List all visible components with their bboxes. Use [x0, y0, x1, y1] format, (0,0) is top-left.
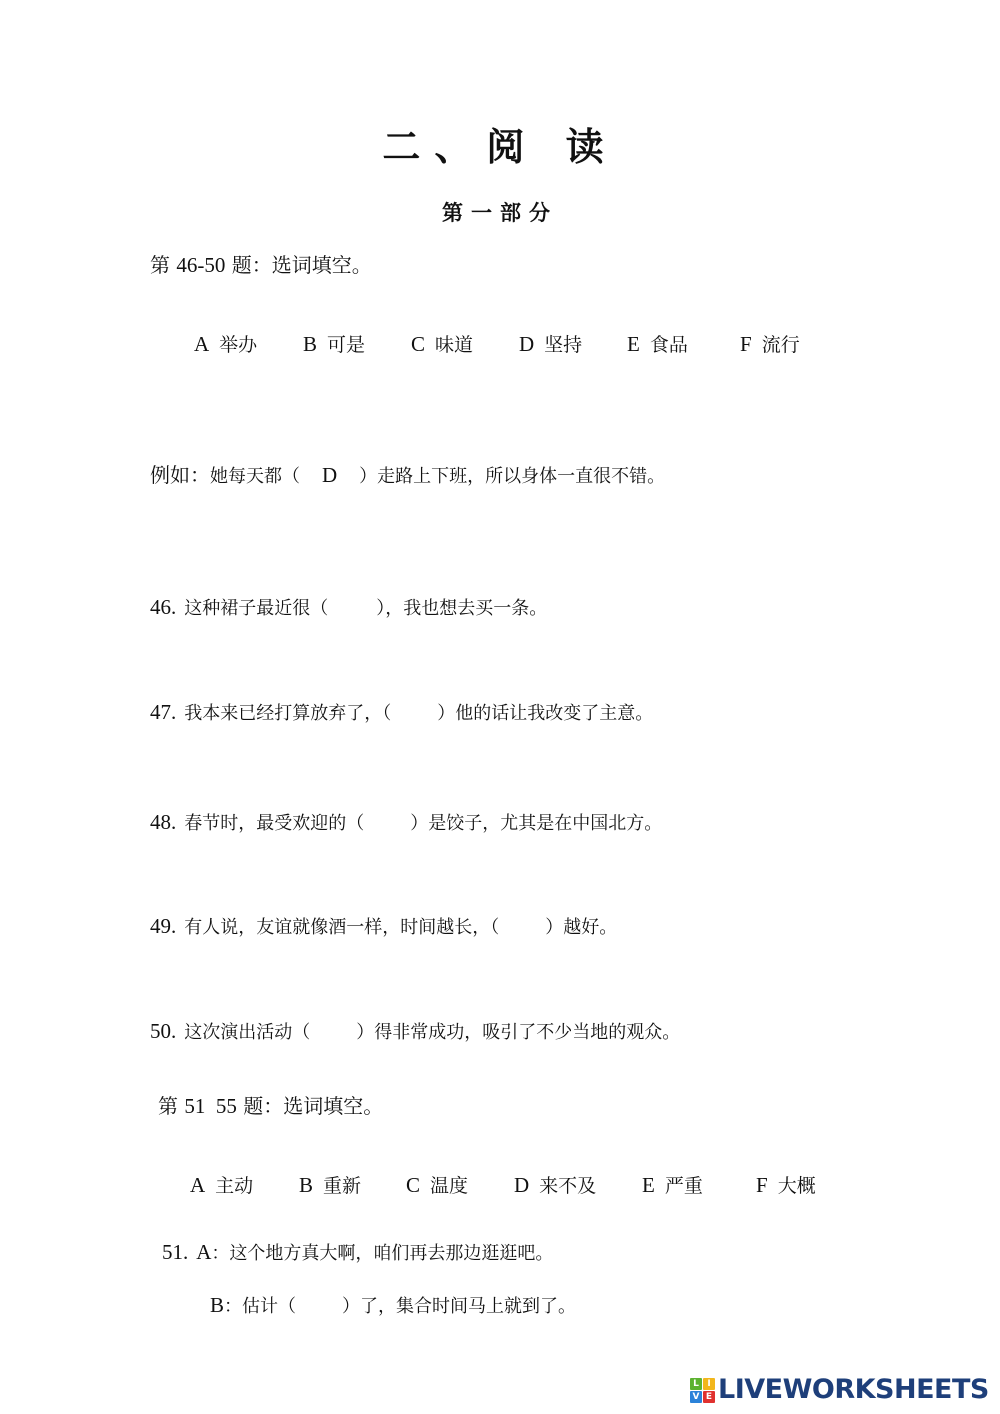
dialogue-text-before: 估计（ [242, 1296, 296, 1317]
question-47: 47.我本来已经打算放弃了，（）他的话让我改变了主意。 [150, 697, 653, 729]
word-option-e: E食品 [627, 329, 688, 360]
logo-icon: L I V E [690, 1378, 715, 1403]
logo-cell-l: L [690, 1378, 702, 1390]
option-word: 来不及 [539, 1175, 596, 1197]
question-text-before: 这种裙子最近很（ [184, 598, 328, 619]
instruction-prefix: 第 [158, 1094, 178, 1118]
question-46: 46.这种裙子最近很（），我也想去买一条。 [150, 592, 547, 624]
option-letter: D [514, 1173, 529, 1197]
word-option-c: C温度 [406, 1170, 468, 1201]
section-subtitle: 第一部分 [0, 198, 1000, 228]
speaker-a: A [196, 1240, 211, 1264]
option-letter: E [627, 332, 640, 356]
section1-instruction: 第 46-50 题：选词填空。 [150, 250, 372, 280]
example-answer: D [300, 460, 359, 490]
logo-cell-i: I [703, 1378, 715, 1390]
question-number: 47. [150, 700, 176, 724]
dialogue-text: 这个地方真大啊，咱们再去那边逛逛吧。 [229, 1243, 553, 1264]
question-51-line-b: B：估计（）了，集合时间马上就到了。 [210, 1290, 576, 1322]
option-letter: E [642, 1173, 655, 1197]
example-after: ）走路上下班，所以身体一直很不错。 [359, 466, 665, 487]
option-word: 味道 [435, 334, 473, 356]
example-before: 她每天都（ [210, 466, 300, 487]
question-text-after: ），我也想去买一条。 [376, 598, 547, 619]
question-text-after: ）得非常成功，吸引了不少当地的观众。 [356, 1022, 680, 1043]
question-51-line-a: 51.A：这个地方真大啊，咱们再去那边逛逛吧。 [162, 1237, 553, 1269]
option-letter: F [740, 332, 752, 356]
option-letter: B [303, 332, 317, 356]
question-text-after: ）越好。 [545, 917, 617, 938]
question-text-before: 这次演出活动（ [184, 1022, 310, 1043]
option-word: 坚持 [544, 334, 582, 356]
speaker-b: B [210, 1293, 224, 1317]
logo-cell-v: V [690, 1391, 702, 1403]
logo-text: LIVEWORKSHEETS [718, 1374, 989, 1406]
question-text-before: 我本来已经打算放弃了，（ [184, 703, 391, 724]
option-word: 温度 [430, 1175, 468, 1197]
dialogue-text-after: ）了，集合时间马上就到了。 [342, 1296, 576, 1317]
option-letter: B [299, 1173, 313, 1197]
word-option-f: F流行 [740, 329, 800, 360]
question-number: 48. [150, 810, 176, 834]
option-letter: F [756, 1173, 768, 1197]
option-word: 严重 [665, 1175, 703, 1197]
instruction-range: 46-50 [176, 253, 225, 277]
option-word: 举办 [219, 334, 257, 356]
option-letter: D [519, 332, 534, 356]
option-word: 重新 [323, 1175, 361, 1197]
word-option-e: E严重 [642, 1170, 703, 1201]
question-text-before: 有人说，友谊就像酒一样，时间越长，（ [184, 917, 499, 938]
liveworksheets-logo: L I V E LIVEWORKSHEETS [690, 1374, 989, 1406]
question-number: 46. [150, 595, 176, 619]
option-letter: A [194, 332, 209, 356]
option-letter: A [190, 1173, 205, 1197]
word-option-f: F大概 [756, 1170, 816, 1201]
option-word: 食品 [650, 334, 688, 356]
question-text-before: 春节时，最受欢迎的（ [184, 813, 364, 834]
option-word: 流行 [762, 334, 800, 356]
section2-word-bank: A主动 B重新 C温度 D来不及 E严重 F大概 [0, 1170, 1000, 1200]
speaker-colon: ： [224, 1296, 242, 1317]
option-letter: C [411, 332, 425, 356]
page-title: 二、阅 读 [0, 122, 1000, 172]
logo-cell-e: E [703, 1391, 715, 1403]
question-50: 50.这次演出活动（）得非常成功，吸引了不少当地的观众。 [150, 1016, 680, 1048]
question-number: 51. [162, 1240, 188, 1264]
word-option-b: B重新 [299, 1170, 361, 1201]
word-option-c: C味道 [411, 329, 473, 360]
option-letter: C [406, 1173, 420, 1197]
option-word: 大概 [778, 1175, 816, 1197]
option-word: 可是 [327, 334, 365, 356]
question-number: 50. [150, 1019, 176, 1043]
word-option-d: D来不及 [514, 1170, 596, 1201]
question-text-after: ）是饺子，尤其是在中国北方。 [410, 813, 662, 834]
example-sentence: 例如：她每天都（D）走路上下班，所以身体一直很不错。 [150, 460, 665, 492]
instruction-suffix: 题：选词填空。 [232, 253, 372, 277]
question-number: 49. [150, 914, 176, 938]
question-text-after: ）他的话让我改变了主意。 [437, 703, 653, 724]
option-word: 主动 [215, 1175, 253, 1197]
question-48: 48.春节时，最受欢迎的（）是饺子，尤其是在中国北方。 [150, 807, 662, 839]
instruction-prefix: 第 [150, 253, 170, 277]
section2-instruction: 第 51 55 题：选词填空。 [158, 1091, 383, 1121]
word-option-b: B可是 [303, 329, 365, 360]
word-option-a: A举办 [194, 329, 257, 360]
example-label: 例如： [150, 463, 210, 487]
word-option-a: A主动 [190, 1170, 253, 1201]
question-49: 49.有人说，友谊就像酒一样，时间越长，（）越好。 [150, 911, 617, 943]
section1-word-bank: A举办 B可是 C味道 D坚持 E食品 F流行 [0, 329, 1000, 359]
speaker-colon: ： [211, 1243, 229, 1264]
instruction-range: 51 55 [184, 1094, 237, 1118]
instruction-suffix: 题：选词填空。 [243, 1094, 383, 1118]
word-option-d: D坚持 [519, 329, 582, 360]
